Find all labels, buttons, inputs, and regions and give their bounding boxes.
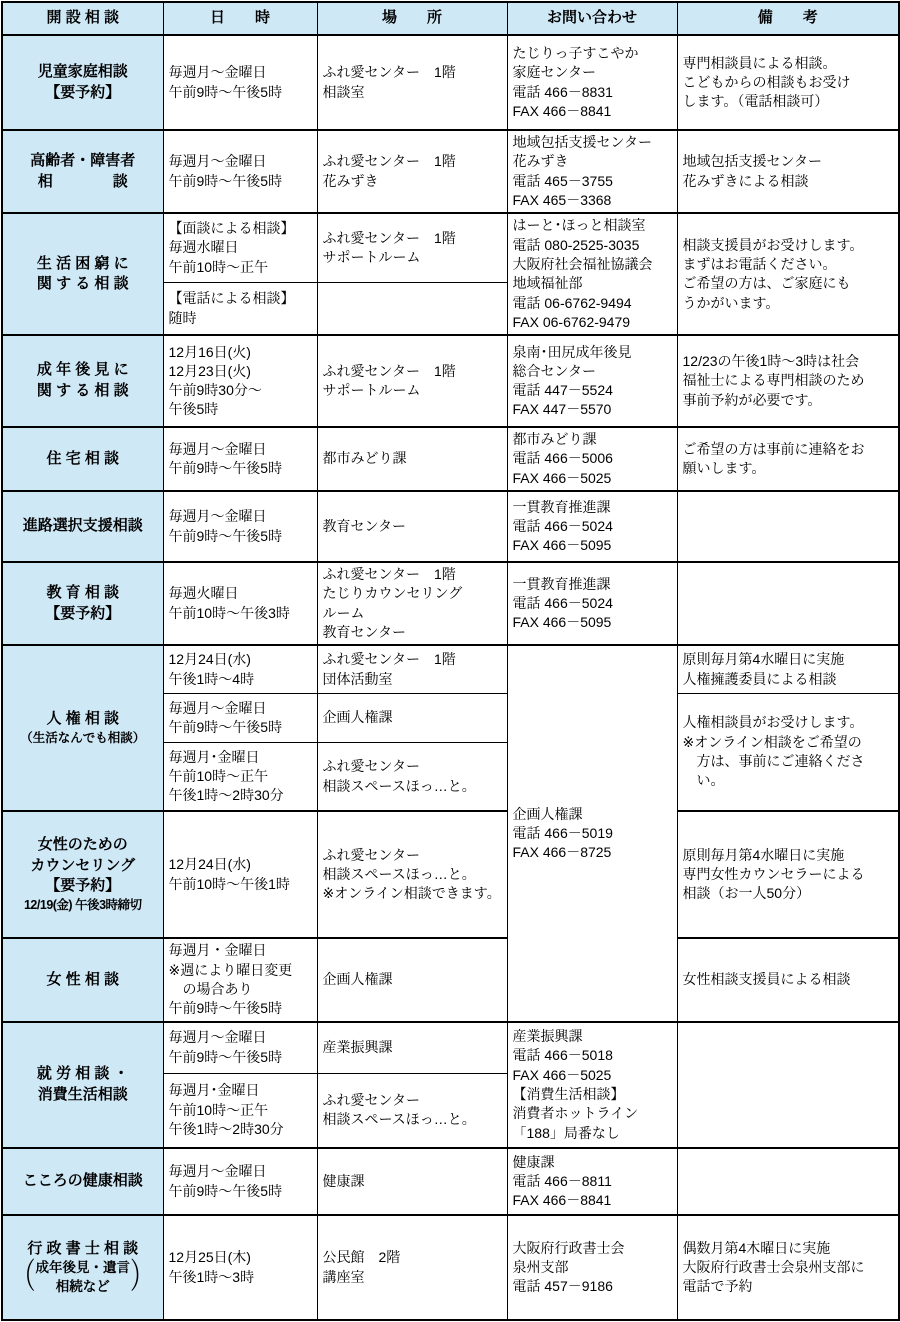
livelihood-remarks: 相談支援員がお受けします。 まずはお電話ください。 ご希望の方は、ご家庭にも う… xyxy=(677,213,899,335)
human-rights-datetime-1: 12月24日(水) 午後1時～4時 xyxy=(163,645,317,693)
human-rights-place-3: ふれ愛センター 相談スペースほっ…と。 xyxy=(317,742,507,811)
guardianship-title: 成 年 後 見 に 関 す る 相 談 xyxy=(2,335,163,427)
row-women: 女 性 相 談 毎週月・金曜日 ※週により曜日変更 の場合あり 午前9時～午後5… xyxy=(2,938,899,1022)
employment-place-1: 産業振興課 xyxy=(317,1022,507,1073)
mental-health-remarks xyxy=(677,1148,899,1215)
career-datetime: 毎週月～金曜日 午前9時～午後5時 xyxy=(163,491,317,562)
guardianship-remarks: 12/23の午後1時～3時は社会 福祉士による専門相談のため 事前予約が必要です… xyxy=(677,335,899,427)
women-counseling-datetime: 12月24日(水) 午前10時～午後1時 xyxy=(163,811,317,938)
education-remarks xyxy=(677,562,899,645)
livelihood-place-interview: ふれ愛センター 1階 サポートルーム xyxy=(317,213,507,282)
housing-datetime: 毎週月～金曜日 午前9時～午後5時 xyxy=(163,427,317,491)
scrivener-title-main: 行 政 書 士 相 談 xyxy=(27,1240,138,1257)
scrivener-datetime: 12月25日(木) 午後1時～3時 xyxy=(163,1215,317,1320)
women-datetime: 毎週月・金曜日 ※週により曜日変更 の場合あり 午前9時～午後5時 xyxy=(163,938,317,1022)
human-rights-women-contact: 企画人権課 電話 466－5019 FAX 466－8725 xyxy=(507,645,677,1022)
women-counseling-deadline: 12/19(金) 午後3時締切 xyxy=(5,897,161,914)
education-title: 教 育 相 談 【要予約】 xyxy=(2,562,163,645)
row-employment-1: 就 労 相 談 ・ 消費生活相談 毎週月～金曜日 午前9時～午後5時 産業振興課… xyxy=(2,1022,899,1073)
human-rights-title-main: 人 権 相 談 xyxy=(46,710,119,727)
row-mental-health: こころの健康相談 毎週月～金曜日 午前9時～午後5時 健康課 健康課 電話 46… xyxy=(2,1148,899,1215)
human-rights-title-sub: （生活なんでも相談） xyxy=(5,730,161,747)
row-human-rights-1: 人 権 相 談 （生活なんでも相談） 12月24日(水) 午後1時～4時 ふれ愛… xyxy=(2,645,899,693)
child-family-title: 児童家庭相談 【要予約】 xyxy=(2,35,163,130)
row-career-path: 進路選択支援相談 毎週月～金曜日 午前9時～午後5時 教育センター 一貫教育推進… xyxy=(2,491,899,562)
career-place: 教育センター xyxy=(317,491,507,562)
education-contact: 一貫教育推進課 電話 466－5024 FAX 466－5095 xyxy=(507,562,677,645)
education-place: ふれ愛センター 1階 たじりカウンセリング ルーム 教育センター xyxy=(317,562,507,645)
consultation-schedule-table: 開 設 相 談 日 時 場 所 お問い合わせ 備 考 児童家庭相談 【要予約】 … xyxy=(1,1,900,1321)
mental-health-contact: 健康課 電話 466－8811 FAX 466－8841 xyxy=(507,1148,677,1215)
career-title: 進路選択支援相談 xyxy=(2,491,163,562)
human-rights-datetime-3: 毎週月･金曜日 午前10時～正午 午後1時～2時30分 xyxy=(163,742,317,811)
employment-remarks xyxy=(677,1022,899,1148)
header-contact: お問い合わせ xyxy=(507,2,677,35)
women-place: 企画人権課 xyxy=(317,938,507,1022)
guardianship-datetime: 12月16日(火) 12月23日(火) 午前9時30分～ 午後5時 xyxy=(163,335,317,427)
housing-contact: 都市みどり課 電話 466－5006 FAX 466－5025 xyxy=(507,427,677,491)
mental-health-datetime: 毎週月～金曜日 午前9時～午後5時 xyxy=(163,1148,317,1215)
employment-contact: 産業振興課 電話 466－5018 FAX 466－5025 【消費生活相談】 … xyxy=(507,1022,677,1148)
header-remarks: 備 考 xyxy=(677,2,899,35)
human-rights-place-2: 企画人権課 xyxy=(317,693,507,742)
row-scrivener: 行 政 書 士 相 談 （成年後見・遺言 相続など） 12月25日(木) 午後1… xyxy=(2,1215,899,1320)
scrivener-remarks: 偶数月第4木曜日に実施 大阪府行政書士会泉州支部に 電話で予約 xyxy=(677,1215,899,1320)
child-family-contact: たじりっ子すこやか 家庭センター 電話 466－8831 FAX 466－884… xyxy=(507,35,677,130)
child-family-place: ふれ愛センター 1階 相談室 xyxy=(317,35,507,130)
employment-datetime-2: 毎週月･金曜日 午前10時～正午 午後1時～2時30分 xyxy=(163,1073,317,1148)
women-counseling-title: 女性のための カウンセリング 【要予約】 12/19(金) 午後3時締切 xyxy=(2,811,163,938)
women-counseling-place: ふれ愛センター 相談スペースほっ…と。 ※オンライン相談できます。 xyxy=(317,811,507,938)
employment-title: 就 労 相 談 ・ 消費生活相談 xyxy=(2,1022,163,1148)
housing-place: 都市みどり課 xyxy=(317,427,507,491)
human-rights-place-1: ふれ愛センター 1階 団体活動室 xyxy=(317,645,507,693)
row-livelihood-1: 生 活 困 窮 に 関 す る 相 談 【面談による相談】 毎週水曜日 午前10… xyxy=(2,213,899,282)
scrivener-contact: 大阪府行政書士会 泉州支部 電話 457－9186 xyxy=(507,1215,677,1320)
row-housing: 住 宅 相 談 毎週月～金曜日 午前9時～午後5時 都市みどり課 都市みどり課 … xyxy=(2,427,899,491)
scrivener-title-sub: （成年後見・遺言 相続など） xyxy=(5,1259,161,1296)
child-family-remarks: 専門相談員による相談。 こどもからの相談もお受け します。（電話相談可） xyxy=(677,35,899,130)
mental-health-title: こころの健康相談 xyxy=(2,1148,163,1215)
header-row: 開 設 相 談 日 時 場 所 お問い合わせ 備 考 xyxy=(2,2,899,35)
row-education: 教 育 相 談 【要予約】 毎週火曜日 午前10時～午後3時 ふれ愛センター 1… xyxy=(2,562,899,645)
child-family-datetime: 毎週月～金曜日 午前9時～午後5時 xyxy=(163,35,317,130)
livelihood-datetime-phone: 【電話による相談】 随時 xyxy=(163,282,317,335)
women-counseling-remarks: 原則毎月第4水曜日に実施 専門女性カウンセラーによる 相談（お一人50分） xyxy=(677,811,899,938)
scrivener-subtitle-text: 成年後見・遺言 相続など xyxy=(36,1259,131,1296)
elderly-place: ふれ愛センター 1階 花みずき xyxy=(317,130,507,213)
header-place: 場 所 xyxy=(317,2,507,35)
header-consultation: 開 設 相 談 xyxy=(2,2,163,35)
livelihood-place-phone xyxy=(317,282,507,335)
guardianship-contact: 泉南･田尻成年後見 総合センター 電話 447－5524 FAX 447－557… xyxy=(507,335,677,427)
elderly-remarks: 地域包括支援センター 花みずきによる相談 xyxy=(677,130,899,213)
human-rights-title: 人 権 相 談 （生活なんでも相談） xyxy=(2,645,163,811)
livelihood-title: 生 活 困 窮 に 関 す る 相 談 xyxy=(2,213,163,335)
women-counseling-title-main: 女性のための カウンセリング 【要予約】 xyxy=(30,836,135,894)
livelihood-datetime-interview: 【面談による相談】 毎週水曜日 午前10時～正午 xyxy=(163,213,317,282)
housing-title: 住 宅 相 談 xyxy=(2,427,163,491)
human-rights-remarks-2: 人権相談員がお受けします。 ※オンライン相談をご希望の 方は、事前にご連絡くださ… xyxy=(677,693,899,811)
open-paren: （ xyxy=(12,1261,36,1296)
row-child-family: 児童家庭相談 【要予約】 毎週月～金曜日 午前9時～午後5時 ふれ愛センター 1… xyxy=(2,35,899,130)
career-contact: 一貫教育推進課 電話 466－5024 FAX 466－5095 xyxy=(507,491,677,562)
career-remarks xyxy=(677,491,899,562)
employment-place-2: ふれ愛センター 相談スペースほっ…と。 xyxy=(317,1073,507,1148)
human-rights-remarks-1: 原則毎月第4水曜日に実施 人権擁護委員による相談 xyxy=(677,645,899,693)
guardianship-place: ふれ愛センター 1階 サポートルーム xyxy=(317,335,507,427)
scrivener-title: 行 政 書 士 相 談 （成年後見・遺言 相続など） xyxy=(2,1215,163,1320)
human-rights-datetime-2: 毎週月～金曜日 午前9時～午後5時 xyxy=(163,693,317,742)
women-remarks: 女性相談支援員による相談 xyxy=(677,938,899,1022)
livelihood-contact: はーと･ほっと相談室 電話 080-2525-3035 大阪府社会福祉協議会 地… xyxy=(507,213,677,335)
education-datetime: 毎週火曜日 午前10時～午後3時 xyxy=(163,562,317,645)
housing-remarks: ご希望の方は事前に連絡をお 願いします。 xyxy=(677,427,899,491)
mental-health-place: 健康課 xyxy=(317,1148,507,1215)
elderly-contact: 地域包括支援センター 花みずき 電話 465－3755 FAX 465－3368 xyxy=(507,130,677,213)
row-elderly-disabled: 高齢者・障害者 相 談 毎週月～金曜日 午前9時～午後5時 ふれ愛センター 1階… xyxy=(2,130,899,213)
elderly-datetime: 毎週月～金曜日 午前9時～午後5時 xyxy=(163,130,317,213)
scrivener-place: 公民館 2階 講座室 xyxy=(317,1215,507,1320)
header-datetime: 日 時 xyxy=(163,2,317,35)
women-title: 女 性 相 談 xyxy=(2,938,163,1022)
row-guardianship: 成 年 後 見 に 関 す る 相 談 12月16日(火) 12月23日(火) … xyxy=(2,335,899,427)
close-paren: ） xyxy=(130,1261,154,1296)
employment-datetime-1: 毎週月～金曜日 午前9時～午後5時 xyxy=(163,1022,317,1073)
row-women-counseling: 女性のための カウンセリング 【要予約】 12/19(金) 午後3時締切 12月… xyxy=(2,811,899,938)
elderly-title: 高齢者・障害者 相 談 xyxy=(2,130,163,213)
